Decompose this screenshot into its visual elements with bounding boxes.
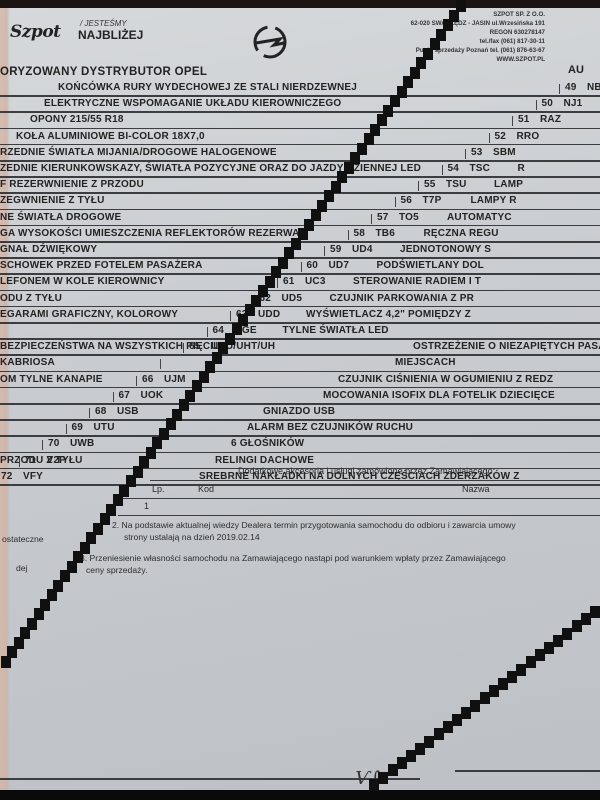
left-equipment-item: LEFONEM W KOLE KIEROWNICY — [0, 276, 164, 292]
right-item-code: UD7 — [329, 260, 350, 276]
right-item-lp: 66 — [142, 374, 154, 390]
column-tick — [559, 84, 560, 94]
left-equipment-item: GA WYSOKOŚCI UMIESZCZENIA REFLEKTORÓW RE… — [0, 228, 300, 244]
right-item-code: UDD — [258, 309, 280, 325]
scan-artifact-step — [553, 635, 563, 647]
left-equipment-item: NE ŚWIATŁA DROGOWE — [0, 212, 121, 228]
right-item-code: SBM — [493, 147, 516, 163]
scan-artifact-step — [434, 728, 444, 740]
scan-artifact-step — [461, 707, 471, 719]
right-item-description: ALARM BEZ CZUJNIKÓW RUCHU — [247, 422, 413, 438]
right-item-lp: 52 — [495, 131, 507, 147]
right-item-code: V2P — [47, 455, 67, 471]
left-equipment-item: KOŁA ALUMINIOWE BI-COLOR 18X7,0 — [16, 131, 205, 147]
extras-col-name: Nazwa — [462, 484, 490, 494]
right-item-description: OSTRZEŻENIE O NIEZAPIĘTYCH PASA — [413, 341, 600, 357]
column-tick — [371, 214, 372, 224]
right-item-lp: 67 — [119, 390, 131, 406]
scan-artifact-step — [424, 736, 434, 748]
column-tick — [489, 133, 490, 143]
column-tick — [42, 440, 43, 450]
column-tick — [183, 343, 184, 353]
right-item-code: NB — [587, 82, 600, 98]
extras-col-code: Kod — [198, 484, 214, 494]
left-equipment-item: OPONY 215/55 R18 — [30, 114, 124, 130]
scan-artifact-step — [516, 664, 526, 676]
column-tick — [160, 359, 161, 369]
column-tick — [348, 230, 349, 240]
scan-artifact-step — [535, 649, 545, 661]
left-equipment-item: ELEKTRYCZNE WSPOMAGANIE UKŁADU KIEROWNIC… — [44, 98, 341, 114]
scan-artifact-step — [470, 700, 480, 712]
right-item-lp: 54 — [448, 163, 460, 179]
right-item-lp: 71 — [25, 455, 37, 471]
company-address: 62-020 SWARZĘDZ - JASIN ul.Wrzesińska 19… — [411, 19, 545, 28]
distributor-title: ORYZOWANY DYSTRYBUTOR OPEL — [0, 66, 207, 78]
right-item-code: UD5 — [282, 293, 303, 309]
company-regon: REGON 630278147 — [411, 28, 545, 37]
right-item-code: UOK — [141, 390, 164, 406]
column-tick — [230, 311, 231, 321]
right-item-code: UD4 — [352, 244, 373, 260]
left-equipment-item: F REZERWNIENIE Z PRZODU — [0, 179, 144, 195]
right-item-code: NJ1 — [564, 98, 583, 114]
right-item-description: AUTOMATYC — [447, 212, 512, 228]
column-tick — [277, 278, 278, 288]
tagline-big: NAJBLIŻEJ — [78, 28, 143, 42]
scan-artifact-step — [581, 613, 591, 625]
scan-artifact-step — [526, 656, 536, 668]
paragraph-2-line-2: strony ustalają na dzień 2019.02.14 — [124, 532, 260, 542]
column-tick — [19, 457, 20, 467]
column-tick — [113, 392, 114, 402]
right-item-lp: 60 — [307, 260, 319, 276]
paragraph-2-line-1: 2. Na podstawie aktualnej wiedzy Dealera… — [112, 520, 516, 530]
opel-logo-icon — [250, 22, 290, 62]
right-item-description: MOCOWANIA ISOFIX DLA FOTELIK DZIECIĘCE — [323, 390, 555, 406]
divider — [118, 515, 600, 516]
right-item-code: UC3 — [305, 276, 326, 292]
column-tick — [89, 408, 90, 418]
right-item-lp: 50 — [542, 98, 554, 114]
left-equipment-item: SCHOWEK PRZED FOTELEM PASAŻERA — [0, 260, 202, 276]
column-tick — [324, 246, 325, 256]
right-item-description: RĘCZNA REGU — [424, 228, 499, 244]
column-tick — [442, 165, 443, 175]
right-item-lp: 59 — [330, 244, 342, 260]
scan-artifact-step — [489, 685, 499, 697]
right-item-description: MIEJSCACH — [395, 357, 456, 373]
column-tick — [66, 424, 67, 434]
corner-code: AU — [568, 64, 584, 76]
right-item-description: R — [518, 163, 525, 179]
dealer-logo: Szpot — [10, 22, 61, 42]
right-item-code: TSU — [446, 179, 467, 195]
right-item-description: CZUJNIK CIŚNIENIA W OGUMIENIU Z REDZ — [338, 374, 553, 390]
left-equipment-item: ODU Z TYŁU — [0, 293, 62, 309]
right-item-lp: 57 — [377, 212, 389, 228]
right-item-lp: 55 — [424, 179, 436, 195]
right-item-code: USB — [117, 406, 139, 422]
column-tick — [301, 262, 302, 272]
right-item-description: GNIAZDO USB — [263, 406, 335, 422]
divider — [150, 480, 600, 481]
scan-artifact-step — [572, 620, 582, 632]
right-item-lp: 68 — [95, 406, 107, 422]
right-item-lp: 64 — [213, 325, 225, 341]
right-item-code: T7P — [423, 195, 442, 211]
right-item-lp: 69 — [72, 422, 84, 438]
right-item-lp: 70 — [48, 438, 60, 454]
photo-background-bottom — [0, 790, 600, 800]
right-item-lp: 49 — [565, 82, 577, 98]
scan-artifact-step — [590, 606, 600, 618]
row-divider — [0, 371, 600, 373]
right-item-code: VFY — [23, 471, 43, 487]
right-item-description: WYŚWIETLACZ 4,2" POMIĘDZY Z — [306, 309, 471, 325]
right-item-code: TB6 — [376, 228, 396, 244]
company-name: SZPOT SP. Z O.O. — [411, 10, 545, 19]
left-equipment-item: EGARAMI GRAFICZNY, KOLOROWY — [0, 309, 178, 325]
column-tick — [207, 327, 208, 337]
scan-artifact-step — [415, 743, 425, 755]
right-item-description: 6 GŁOŚNIKÓW — [231, 438, 304, 454]
tagline-small: / JESTEŚMY — [80, 19, 127, 28]
divider — [118, 498, 600, 499]
right-item-lp: 53 — [471, 147, 483, 163]
column-tick — [536, 100, 537, 110]
right-item-code: UJM — [164, 374, 186, 390]
extras-row-lp: 1 — [144, 501, 149, 511]
left-equipment-item: BEZPIECZEŃSTWA NA WSZYSTKICH PIĘCIU — [0, 341, 221, 357]
right-item-code: RAZ — [540, 114, 561, 130]
column-tick — [465, 149, 466, 159]
column-tick — [418, 181, 419, 191]
extras-col-lp: Lp. — [152, 484, 165, 494]
right-item-description: PODŚWIETLANY DOL — [377, 260, 484, 276]
column-tick — [136, 376, 137, 386]
right-item-code: RRO — [517, 131, 540, 147]
left-equipment-item: OM TYLNE KANAPIE — [0, 374, 103, 390]
left-equipment-item: ZEGWNIENIE Z TYŁU — [0, 195, 105, 211]
page-edge — [0, 0, 10, 790]
scan-artifact-step — [388, 764, 398, 776]
scan-artifact-step — [480, 692, 490, 704]
right-item-lp: 58 — [354, 228, 366, 244]
right-item-description: CZUJNIK PARKOWANIA Z PR — [330, 293, 475, 309]
scan-artifact-step — [369, 779, 379, 791]
signature-line-right — [455, 770, 600, 772]
right-item-description: STEROWANIE RADIEM I T — [353, 276, 481, 292]
right-item-lp: 56 — [401, 195, 413, 211]
scan-artifact-step — [443, 721, 453, 733]
column-tick — [395, 197, 396, 207]
right-item-description: JEDNOTONOWY S — [400, 244, 491, 260]
left-equipment-item: KOŃCÓWKA RURY WYDECHOWEJ ZE STALI NIERDZ… — [58, 82, 357, 98]
scan-artifact-step — [562, 628, 572, 640]
scan-artifact-step — [452, 714, 462, 726]
right-item-description: LAMP — [494, 179, 523, 195]
left-equipment-item: KABRIOSA — [0, 357, 55, 373]
left-equipment-item: PRZODU Z TYŁU — [0, 455, 83, 471]
scan-artifact-step — [498, 678, 508, 690]
scan-artifact-step — [507, 671, 517, 683]
paragraph-3-line-2: ceny sprzedaży. — [86, 565, 147, 575]
right-item-code: UTU — [94, 422, 115, 438]
scan-artifact-step — [378, 772, 388, 784]
left-equipment-item: ZEDNIE KIERUNKOWSKAZY, ŚWIATŁA POZYCYJNE… — [0, 163, 421, 179]
left-equipment-item: RZEDNIE ŚWIATŁA MIJANIA/DROGOWE HALOGENO… — [0, 147, 277, 163]
left-equipment-item: GNAŁ DŹWIĘKOWY — [0, 244, 97, 260]
right-item-lp: 51 — [518, 114, 530, 130]
extras-title: Dodatkowe akcesoria i usługi zamówione p… — [238, 466, 495, 476]
right-item-description: LAMPY R — [471, 195, 517, 211]
scan-artifact-step — [544, 642, 554, 654]
left-fragment-2: dej — [16, 563, 27, 573]
column-tick — [512, 116, 513, 126]
right-item-lp: 72 — [1, 471, 13, 487]
scan-artifact-step — [1, 656, 11, 668]
right-item-lp: 61 — [283, 276, 295, 292]
right-item-description: TYLNE ŚWIATŁA LED — [283, 325, 389, 341]
scan-artifact-step — [406, 750, 416, 762]
right-item-lp: 65 — [189, 341, 201, 357]
right-item-code: TSC — [470, 163, 491, 179]
paragraph-3-line-1: 3. Przeniesienie własności samochodu na … — [80, 553, 506, 563]
left-fragment-1: ostateczne — [2, 534, 44, 544]
photo-background — [0, 0, 600, 8]
right-item-code: TO5 — [399, 212, 419, 228]
scan-artifact-step — [397, 757, 407, 769]
right-item-code: UWB — [70, 438, 94, 454]
